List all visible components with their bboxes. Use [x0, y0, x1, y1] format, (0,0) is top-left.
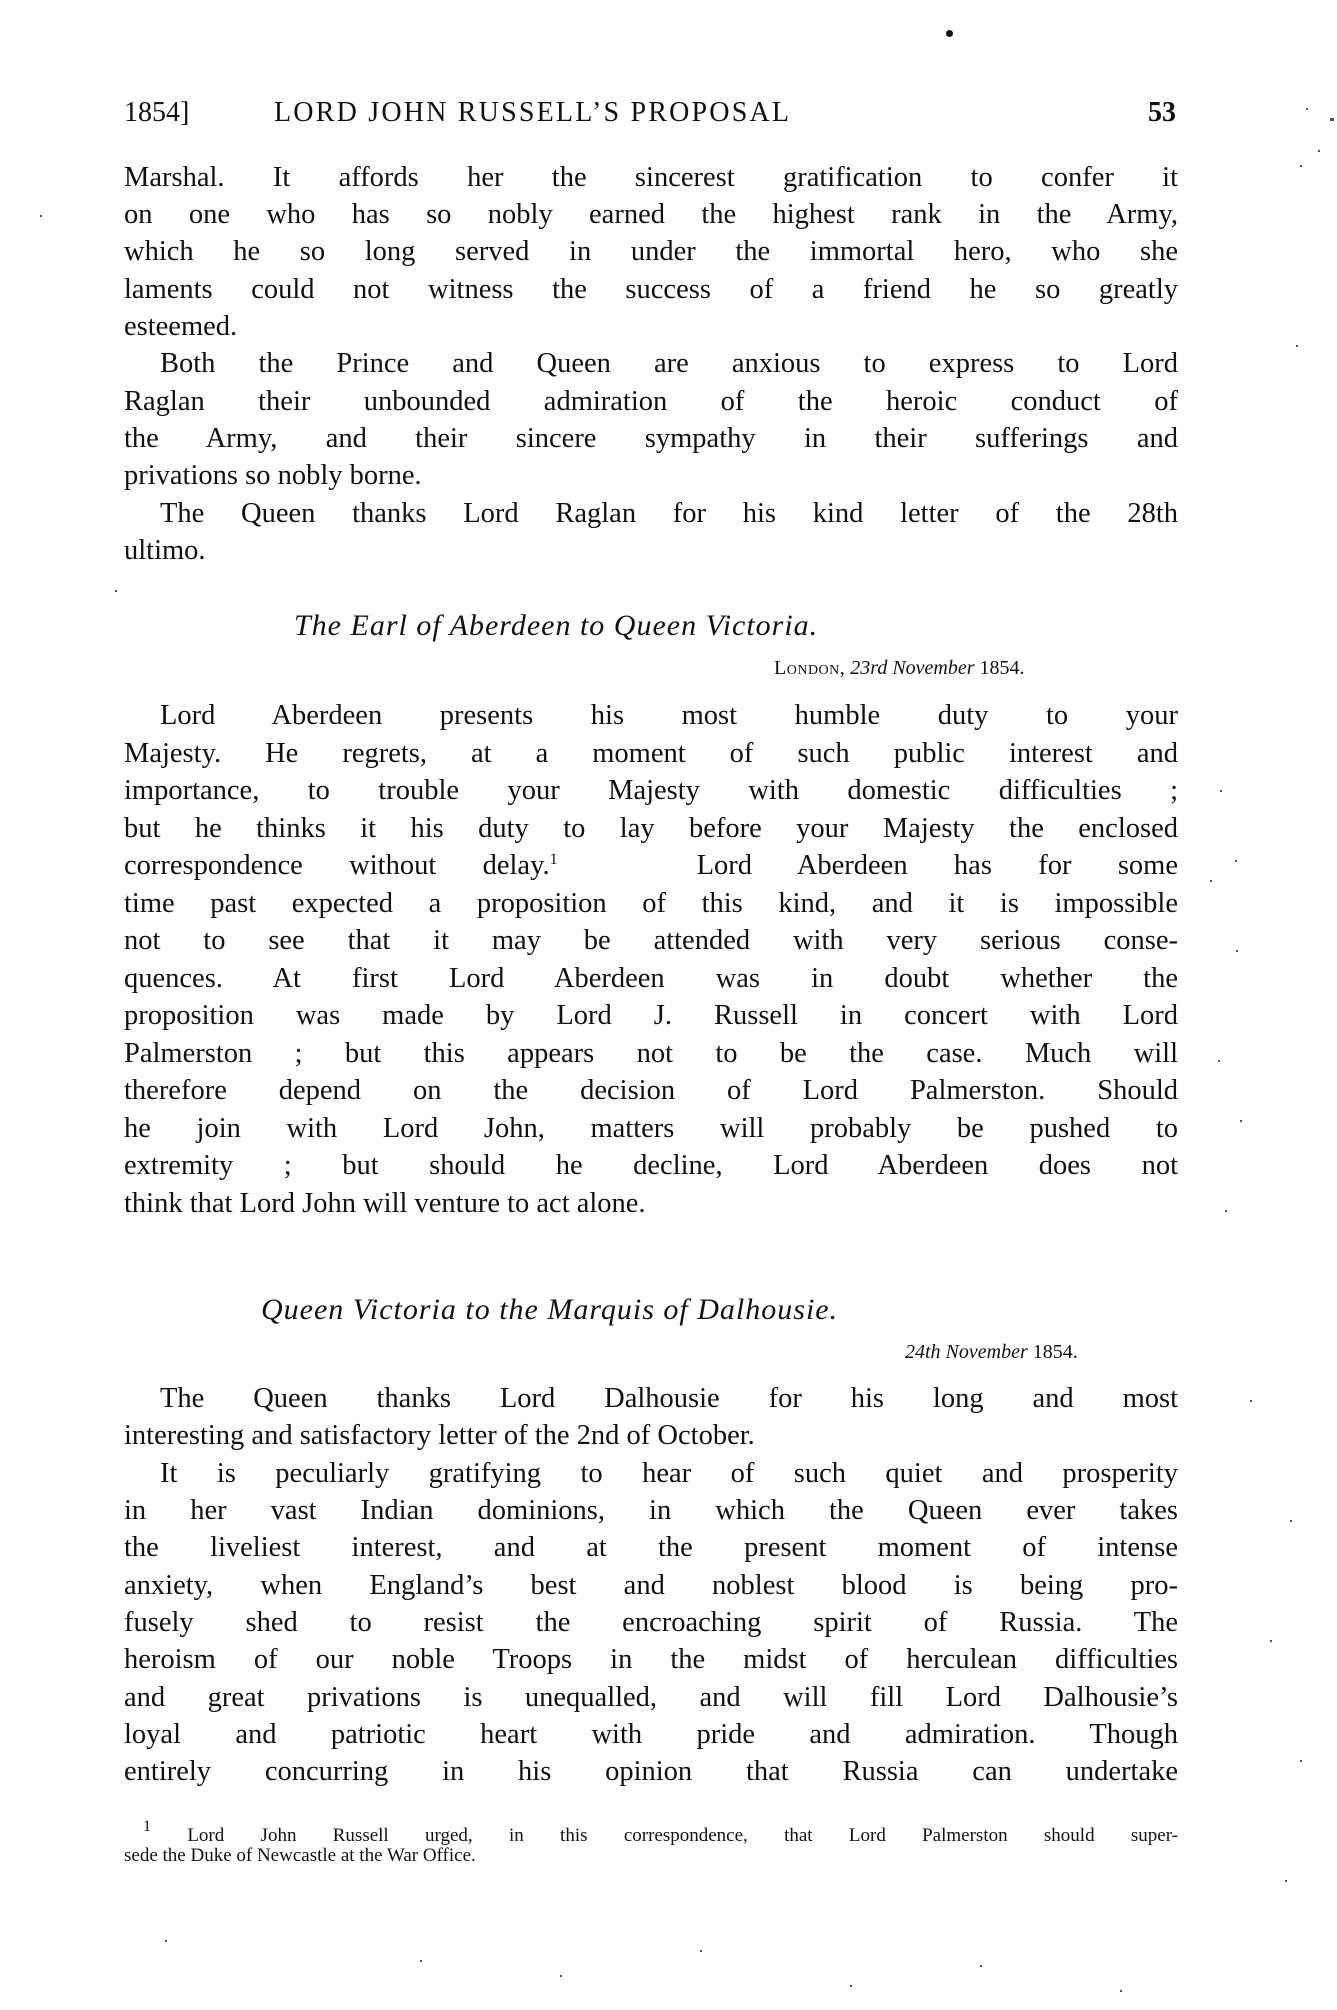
ink-speck	[946, 30, 953, 37]
text-line: Lord Aberdeen presents his most humble d…	[160, 699, 1178, 733]
letter-dateline: London, 23rd November 1854.	[774, 655, 1025, 681]
running-head-title: LORD JOHN RUSSELL’S PROPOSAL	[274, 96, 791, 130]
letter-heading: Queen Victoria to the Marquis of Dalhous…	[261, 1292, 838, 1328]
text-line: Marshal. It affords her the sincerest gr…	[124, 161, 1178, 195]
text-line: Majesty. He regrets, at a moment of such…	[124, 737, 1178, 771]
footnote-line: sede the Duke of Newcastle at the War Of…	[124, 1845, 1178, 1867]
text-line: Both the Prince and Queen are anxious to…	[160, 347, 1178, 381]
date-place: London,	[774, 657, 845, 679]
text-line: entirely concurring in his opinion that …	[124, 1755, 1178, 1789]
footnote-marker: 1	[143, 1818, 151, 1835]
text-line: and great privations is unequalled, and …	[124, 1681, 1178, 1715]
text-line: The Queen thanks Lord Raglan for his kin…	[160, 497, 1178, 531]
date-year: 1854.	[980, 657, 1025, 679]
footnote-reference[interactable]: 1	[550, 851, 558, 868]
text-line: proposition was made by Lord J. Russell …	[124, 999, 1178, 1033]
page-number: 53	[1148, 96, 1176, 130]
date-year: 1854.	[1033, 1341, 1078, 1363]
letter-dateline: 24th November 1854.	[905, 1339, 1078, 1365]
text-line: ultimo.	[124, 534, 1178, 568]
date-day: 23rd November	[850, 657, 974, 679]
date-day: 24th November	[905, 1341, 1028, 1363]
book-page: 1854] LORD JOHN RUSSELL’S PROPOSAL 53 Ma…	[0, 0, 1337, 2010]
text-line: The Queen thanks Lord Dalhousie for his …	[160, 1382, 1178, 1416]
text-line: esteemed.	[124, 310, 1178, 344]
text-line: which he so long served in under the imm…	[124, 235, 1178, 269]
text-line: on one who has so nobly earned the highe…	[124, 198, 1178, 232]
text-line: the Army, and their sincere sympathy in …	[124, 422, 1178, 456]
text-line: the liveliest interest, and at the prese…	[124, 1531, 1178, 1565]
footnote-text: Lord John Russell urged, in this corresp…	[187, 1825, 1178, 1846]
text-line: time past expected a proposition of this…	[124, 887, 1178, 921]
text-line: It is peculiarly gratifying to hear of s…	[160, 1457, 1178, 1491]
text-line: quences. At first Lord Aberdeen was in d…	[124, 962, 1178, 996]
text-line: extremity ; but should he decline, Lord …	[124, 1149, 1178, 1183]
text-line: interesting and satisfactory letter of t…	[124, 1419, 1178, 1453]
text-line: laments could not witness the success of…	[124, 273, 1178, 307]
text-line: he join with Lord John, matters will pro…	[124, 1112, 1178, 1146]
running-head: 1854] LORD JOHN RUSSELL’S PROPOSAL 53	[124, 96, 1178, 130]
footnote-line: 1 Lord John Russell urged, in this corre…	[143, 1825, 1178, 1847]
text-line: therefore depend on the decision of Lord…	[124, 1074, 1178, 1108]
text-line: but he thinks it his duty to lay before …	[124, 812, 1178, 846]
text-line: heroism of our noble Troops in the midst…	[124, 1643, 1178, 1677]
text-line: Palmerston ; but this appears not to be …	[124, 1037, 1178, 1071]
text-line: anxiety, when England’s best and noblest…	[124, 1569, 1178, 1603]
letter-heading: The Earl of Aberdeen to Queen Victoria.	[294, 608, 818, 644]
text-fragment: Lord Aberdeen has for some	[697, 850, 1178, 881]
text-line: loyal and patriotic heart with pride and…	[124, 1718, 1178, 1752]
text-line: correspondence without delay.1 Lord Aber…	[124, 849, 1178, 883]
text-fragment: correspondence without delay.	[124, 850, 550, 881]
text-line: importance, to trouble your Majesty with…	[124, 774, 1178, 808]
text-line: in her vast Indian dominions, in which t…	[124, 1494, 1178, 1528]
text-line: fusely shed to resist the encroaching sp…	[124, 1606, 1178, 1640]
running-head-year: 1854]	[124, 96, 189, 130]
text-line: think that Lord John will venture to act…	[124, 1187, 1178, 1221]
text-line: privations so nobly borne.	[124, 459, 1178, 493]
text-line: not to see that it may be attended with …	[124, 924, 1178, 958]
text-line: Raglan their unbounded admiration of the…	[124, 385, 1178, 419]
